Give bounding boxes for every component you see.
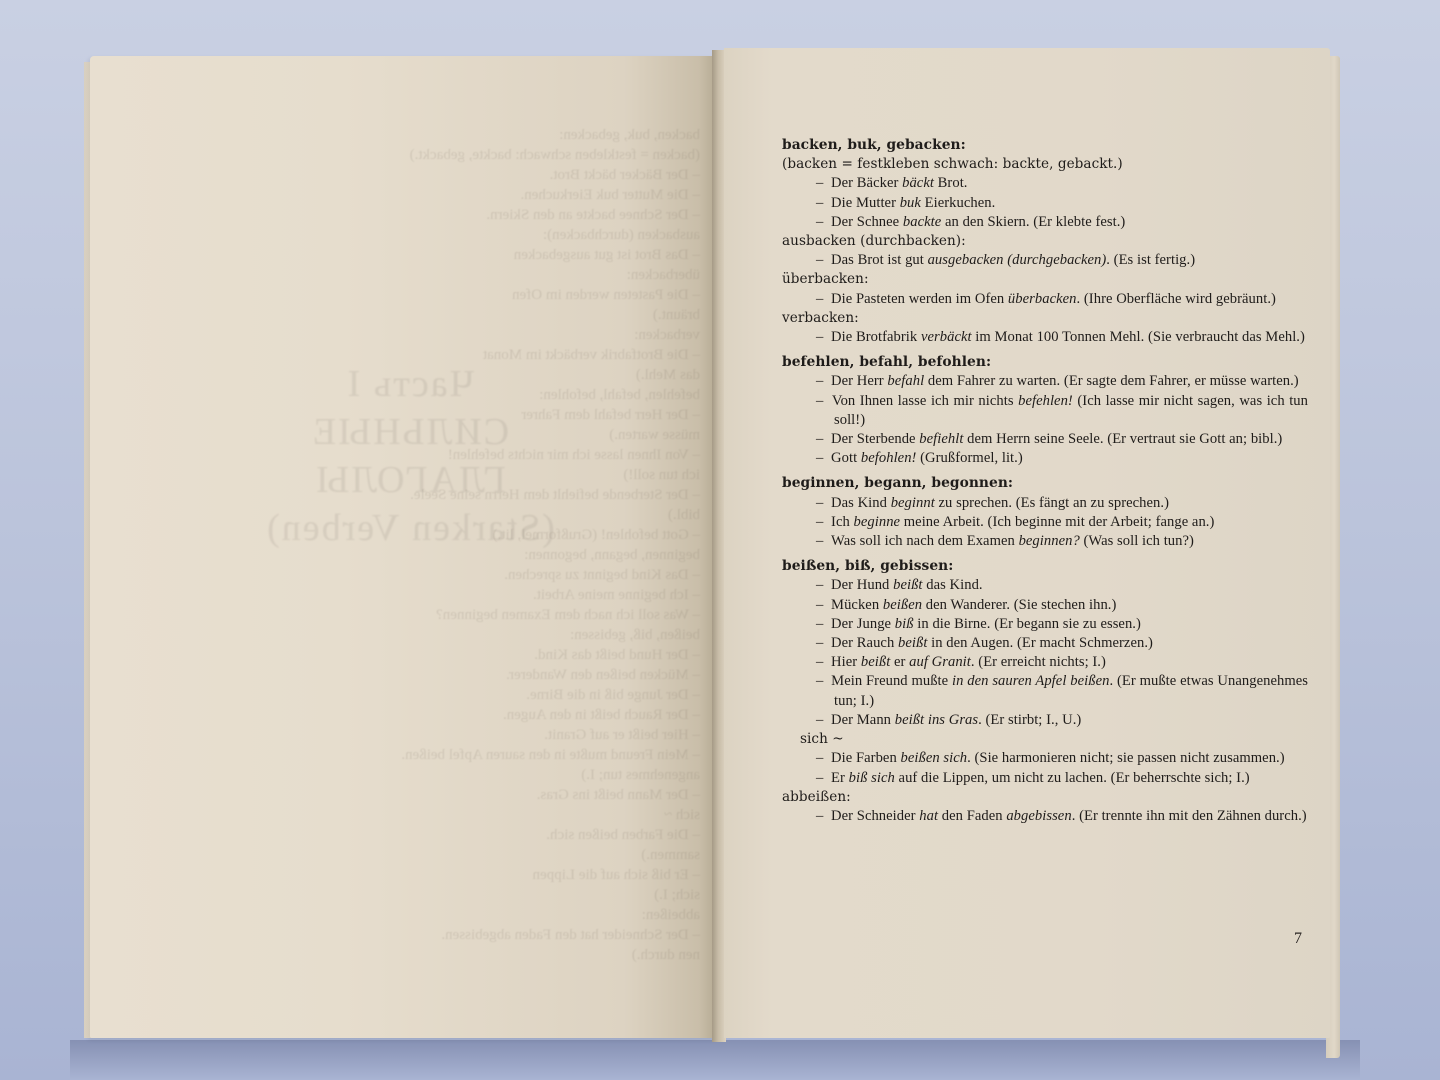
- bleed-line: sich; I.): [260, 885, 700, 905]
- example: Von Ihnen lasse ich mir nichts befehlen!…: [782, 392, 1308, 430]
- entry-note: (backen = festkleben schwach: backte, ge…: [782, 155, 1308, 174]
- headword: beginnen, begann, begonnen:: [782, 474, 1308, 493]
- bleed-line: – Die Pasteten werden im Ofen: [260, 285, 700, 305]
- bleed-line: nen durch.): [260, 945, 700, 965]
- table-shadow: [70, 1040, 1360, 1080]
- example: Der Bäcker bäckt Brot.: [782, 174, 1308, 193]
- example: Der Junge biß in die Birne. (Er begann s…: [782, 615, 1308, 634]
- bleed-line: – Mein Freund mußte in den sauren Apfel …: [260, 745, 700, 765]
- example: Die Mutter buk Eierkuchen.: [782, 194, 1308, 213]
- bleed-line: – Der Schneider hat den Faden abgebissen…: [260, 925, 700, 945]
- example: Der Schnee backte an den Skiern. (Er kle…: [782, 213, 1308, 232]
- bleed-line: – Die Mutter buk Eierkuchen.: [260, 185, 700, 205]
- bleed-line: – Mücken beißen den Wanderer.: [260, 665, 700, 685]
- left-page-bleed-title: Часть IСИЛЬНЫЕ ГЛАГОЛЫ(Starken Verben): [210, 360, 610, 552]
- example: Das Brot ist gut ausgebacken (durchgebac…: [782, 251, 1308, 270]
- bleed-line: überbacken:: [260, 265, 700, 285]
- subentry-head: ausbacken (durchbacken):: [782, 232, 1308, 251]
- bleed-line: – Das Kind beginnt zu sprechen.: [260, 565, 700, 585]
- subentry-head: verbacken:: [782, 309, 1308, 328]
- entry-backen: backen, buk, gebacken: (backen = festkle…: [782, 136, 1308, 347]
- entry-befehlen: befehlen, befahl, befohlen: Der Herr bef…: [782, 353, 1308, 468]
- bleed-title-line: (Starken Verben): [210, 504, 610, 552]
- example: Er biß sich auf die Lippen, um nicht zu …: [782, 769, 1308, 788]
- example: Die Brotfabrik verbäckt im Monat 100 Ton…: [782, 328, 1308, 347]
- dictionary-content: backen, buk, gebacken: (backen = festkle…: [782, 136, 1308, 832]
- bleed-line: – Die Farben beißen sich.: [260, 825, 700, 845]
- bleed-line: ausbacken (durchbacken):: [260, 225, 700, 245]
- bleed-title-line: СИЛЬНЫЕ ГЛАГОЛЫ: [210, 408, 610, 504]
- bleed-line: – Der Rauch beißt in den Augen.: [260, 705, 700, 725]
- bleed-line: sich ~: [260, 805, 700, 825]
- subentry-head: überbacken:: [782, 270, 1308, 289]
- entry-beissen: beißen, biß, gebissen: Der Hund beißt da…: [782, 557, 1308, 826]
- example: Der Mann beißt ins Gras. (Er stirbt; I.,…: [782, 711, 1308, 730]
- bleed-line: angenehmes tun; I.): [260, 765, 700, 785]
- example: Ich beginne meine Arbeit. (Ich beginne m…: [782, 513, 1308, 532]
- bleed-line: – Der Bäcker bäckt Brot.: [260, 165, 700, 185]
- example: Hier beißt er auf Granit. (Er erreicht n…: [782, 653, 1308, 672]
- bleed-line: – Er biß sich auf die Lippen: [260, 865, 700, 885]
- headword: backen, buk, gebacken:: [782, 136, 1308, 155]
- bleed-title-line: Часть I: [210, 360, 610, 408]
- example: Mücken beißen den Wanderer. (Sie stechen…: [782, 596, 1308, 615]
- example: Die Pasteten werden im Ofen überbacken. …: [782, 290, 1308, 309]
- bleed-line: abbeißen:: [260, 905, 700, 925]
- bleed-line: – Das Brot ist gut ausgebacken: [260, 245, 700, 265]
- bleed-line: – Der Hund beißt das Kind.: [260, 645, 700, 665]
- bleed-line: sammen.): [260, 845, 700, 865]
- bleed-line: bräunt.): [260, 305, 700, 325]
- bleed-line: verbacken:: [260, 325, 700, 345]
- subentry-head: abbeißen:: [782, 788, 1308, 807]
- example: Der Schneider hat den Faden abgebissen. …: [782, 807, 1308, 826]
- example: Das Kind beginnt zu sprechen. (Es fängt …: [782, 494, 1308, 513]
- bleed-line: – Hier beißt er auf Granit.: [260, 725, 700, 745]
- reflexive-label: sich ~: [782, 730, 1308, 749]
- example: Gott befohlen! (Grußformel, lit.): [782, 449, 1308, 468]
- bleed-line: – Der Schnee backte an den Skiern.: [260, 205, 700, 225]
- bleed-line: backen, buk, gebacken:: [260, 125, 700, 145]
- example: Der Herr befahl dem Fahrer zu warten. (E…: [782, 372, 1308, 391]
- headword: beißen, biß, gebissen:: [782, 557, 1308, 576]
- page-number: 7: [1294, 930, 1302, 948]
- example: Der Hund beißt das Kind.: [782, 576, 1308, 595]
- bleed-line: beißen, biß, gebissen:: [260, 625, 700, 645]
- bleed-line: – Was soll ich nach dem Examen beginnen?: [260, 605, 700, 625]
- example: Was soll ich nach dem Examen beginnen? (…: [782, 532, 1308, 551]
- headword: befehlen, befahl, befohlen:: [782, 353, 1308, 372]
- bleed-line: – Der Junge biß in die Birne.: [260, 685, 700, 705]
- example: Der Sterbende befiehlt dem Herrn seine S…: [782, 430, 1308, 449]
- bleed-line: – Ich beginne meine Arbeit.: [260, 585, 700, 605]
- entry-beginnen: beginnen, begann, begonnen: Das Kind beg…: [782, 474, 1308, 551]
- bleed-line: – Der Mann beißt ins Gras.: [260, 785, 700, 805]
- example: Mein Freund mußte in den sauren Apfel be…: [782, 672, 1308, 710]
- bleed-line: (backen = festkleben schwach: backte, ge…: [260, 145, 700, 165]
- example: Der Rauch beißt in den Augen. (Er macht …: [782, 634, 1308, 653]
- example: Die Farben beißen sich. (Sie harmonieren…: [782, 749, 1308, 768]
